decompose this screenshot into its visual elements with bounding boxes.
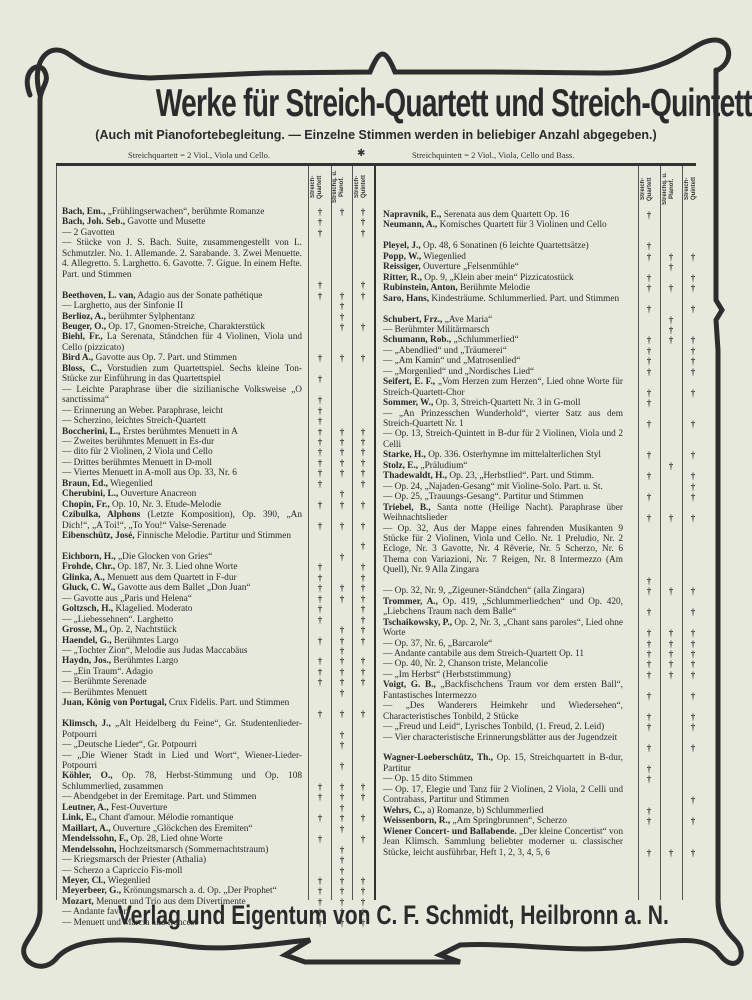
column-divider — [660, 166, 661, 900]
availability-mark-icon: † — [338, 866, 346, 876]
availability-mark-icon: † — [316, 280, 324, 290]
availability-mark-icon: † — [316, 615, 324, 625]
catalog-entry: — „Des Wanderers Heimkehr und Wiedersehe… — [383, 701, 623, 722]
catalog-list-left: Bach, Em., „Frühlingserwachen“, berühmte… — [62, 207, 302, 928]
availability-mark-icon: † — [645, 586, 653, 596]
catalog-entry: Bird A., Gavotte aus Op. 7. Part. und St… — [62, 353, 302, 363]
availability-mark-icon: † — [359, 583, 367, 593]
composer-name: Beuger, O., — [62, 322, 106, 332]
work-title: — Op. 40, Nr. 2, Chanson triste, Melanco… — [383, 659, 548, 669]
composer-name: Glinka, A., — [62, 573, 105, 583]
catalog-entry: Glinka, A., Menuett aus dem Quartett in … — [62, 573, 302, 583]
column-divider — [352, 166, 353, 900]
availability-mark-icon: † — [689, 304, 697, 314]
availability-mark-icon: † — [645, 628, 653, 638]
catalog-entry: Köhler, O., Op. 78, Herbst-Stimmung und … — [62, 771, 302, 792]
availability-mark-icon: † — [645, 335, 653, 345]
availability-mark-icon: † — [338, 656, 346, 666]
availability-mark-icon: † — [645, 356, 653, 366]
availability-mark-icon: † — [316, 217, 324, 227]
composer-name: Saro, Hans, — [383, 294, 429, 304]
work-title: a) Romanze, b) Schlummerlied — [425, 806, 544, 816]
catalog-entry: Frohde, Chr., Op. 187, Nr. 3. Lied ohne … — [62, 562, 302, 572]
composer-name: Frohde, Chr., — [62, 562, 115, 572]
composer-name: Bloss, C., — [62, 364, 102, 374]
work-title: Wiegenlied — [108, 479, 153, 489]
work-title: Berühmtes Largo — [112, 636, 179, 646]
availability-mark-icon: † — [316, 416, 324, 426]
availability-mark-icon: † — [316, 458, 324, 468]
work-title: — Andante cantabile aus dem Streich-Quar… — [383, 649, 584, 659]
catalog-entry: Berlioz, A., berühmter Sylphentanz† — [62, 312, 302, 322]
catalog-entry: Schumann, Rob., „Schlummerlied“††† — [383, 335, 623, 345]
availability-mark-icon: † — [316, 813, 324, 823]
availability-mark-icon: † — [359, 636, 367, 646]
availability-mark-icon: † — [338, 803, 346, 813]
availability-mark-icon: † — [689, 335, 697, 345]
composer-name: Rubinstein, Anton, — [383, 283, 458, 293]
catalog-entry: — Op. 32, Nr. 9, „Zigeuner-Ständchen“ (a… — [383, 586, 623, 596]
availability-mark-icon: † — [359, 886, 367, 896]
availability-mark-icon: † — [645, 367, 653, 377]
catalog-entry: — Scherzino, leichtes Streich-Quartett† — [62, 416, 302, 426]
availability-mark-icon: † — [316, 291, 324, 301]
catalog-entry: — Leichte Paraphrase über die sizilianis… — [62, 385, 302, 406]
availability-mark-icon: † — [338, 500, 346, 510]
availability-mark-icon: † — [316, 594, 324, 604]
availability-mark-icon: † — [359, 709, 367, 719]
work-title: — Berühmtes Menuett — [62, 688, 147, 698]
column-header-quartet-piano: Streichq. u. Pianof. — [332, 170, 352, 204]
availability-mark-icon: † — [359, 207, 367, 217]
catalog-entry: Biehl, Fr., La Serenata, Ständchen für 4… — [62, 332, 302, 353]
work-title: Gavotte aus Op. 7. Part. und Stimmen — [93, 353, 237, 363]
catalog-entry: — Zweites berühmtes Menuett in Es-dur††† — [62, 437, 302, 447]
availability-mark-icon: † — [359, 656, 367, 666]
availability-mark-icon: † — [338, 876, 346, 886]
catalog-entry: Haendel, G., Berühmtes Largo††† — [62, 636, 302, 646]
availability-mark-icon: † — [667, 659, 675, 669]
availability-mark-icon: † — [689, 659, 697, 669]
composer-name: Braun, Ed., — [62, 479, 108, 489]
catalog-entry: Link, E., Chant d'amour. Mélodie romanti… — [62, 813, 302, 823]
availability-mark-icon: † — [338, 855, 346, 865]
composer-name: Goltzsch, H., — [62, 604, 113, 614]
catalog-entry: Seifert, E. F., „Vom Herzen zum Herzen“,… — [383, 377, 623, 398]
availability-mark-icon: † — [689, 848, 697, 858]
availability-mark-icon: † — [689, 283, 697, 293]
composer-name: Meyer, Cl., — [62, 876, 106, 886]
header-rule — [56, 163, 696, 166]
catalog-entry: Bach, Em., „Frühlingserwachen“, berühmte… — [62, 207, 302, 217]
composer-name: Köhler, O., — [62, 771, 113, 781]
composer-name: Neumann, A., — [383, 220, 437, 230]
availability-mark-icon: † — [359, 677, 367, 687]
work-title: — Op. 25, „Trauungs-Gesang“. Partitur un… — [383, 492, 583, 502]
catalog-entry: — „Morgenlied“ und „Nordisches Lied“†† — [383, 367, 623, 377]
availability-mark-icon: † — [689, 722, 697, 732]
work-title: Krönungsmarsch a. d. Op. „Der Prophet“ — [121, 886, 277, 896]
availability-mark-icon: † — [645, 304, 653, 314]
availability-mark-icon: † — [359, 447, 367, 457]
catalog-entry: — Erinnerung an Weber. Paraphrase, leich… — [62, 406, 302, 416]
availability-mark-icon: † — [316, 479, 324, 489]
catalog-entry: Sommer, W., Op. 3, Streich-Quartett Nr. … — [383, 398, 623, 408]
work-title: — Op. 13, Streich-Quintett in B-dur für … — [383, 429, 623, 449]
availability-mark-icon: † — [667, 649, 675, 659]
publisher-footer: Verlag und Eigentum von C. F. Schmidt, H… — [40, 900, 712, 931]
catalog-entry: Neumann, A., Komisches Quartett für 3 Vi… — [383, 220, 623, 241]
composer-name: Bird A., — [62, 353, 93, 363]
availability-mark-icon: † — [359, 625, 367, 635]
availability-mark-icon: † — [689, 450, 697, 460]
composer-name: Boccherini, L., — [62, 427, 120, 437]
composer-name: Reissiger, — [383, 262, 421, 272]
work-title: Erstes berühmtes Menuett in A — [120, 427, 237, 437]
work-title: Op. 10, Nr. 3. Etude-Melodie — [110, 500, 221, 510]
availability-mark-icon: † — [316, 406, 324, 416]
availability-mark-icon: † — [338, 813, 346, 823]
catalog-entry: Napravnik, E., Serenata aus dem Quartett… — [383, 210, 623, 220]
catalog-entry: Bach, Joh. Seb., Gavotte und Musette†† — [62, 217, 302, 227]
availability-mark-icon: † — [359, 228, 367, 238]
availability-mark-icon: † — [645, 806, 653, 816]
availability-mark-icon: † — [689, 586, 697, 596]
work-title: Ouverture Anacreon — [118, 489, 196, 499]
availability-mark-icon: † — [338, 583, 346, 593]
availability-mark-icon: † — [359, 834, 367, 844]
quintet-definition: Streichquintett = 2 Viol., Viola, Cello … — [412, 150, 574, 160]
availability-mark-icon: † — [689, 670, 697, 680]
catalog-entry: — Gavotte aus „Paris und Helena“††† — [62, 594, 302, 604]
catalog-entry: Triebel, B., Santa notte (Heilige Nacht)… — [383, 503, 623, 524]
availability-mark-icon: † — [338, 761, 346, 771]
composer-name: Starke, H., — [383, 450, 426, 460]
work-title: — Drittes berühmtes Menuett in D-moll — [62, 458, 212, 468]
catalog-entry: — Vier characteristische Erinnerungsblät… — [383, 733, 623, 754]
work-title: — dito für 2 Violinen, 2 Viola und Cello — [62, 447, 213, 457]
availability-mark-icon: † — [667, 461, 675, 471]
availability-mark-icon: † — [338, 886, 346, 896]
work-title: — „Deutsche Lieder“, Gr. Potpourri — [62, 740, 197, 750]
work-title: — Berühmte Serenade — [62, 677, 147, 687]
availability-mark-icon: † — [667, 586, 675, 596]
availability-mark-icon: † — [359, 353, 367, 363]
work-title: — Berühmter Militärmarsch — [383, 325, 489, 335]
availability-mark-icon: † — [667, 315, 675, 325]
page-title: Werke für Streich-Quartett und Streich-Q… — [40, 82, 712, 126]
composer-name: Triebel, B., — [383, 503, 431, 513]
work-title: — Abendgebet in der Eremitage. Part. und… — [62, 792, 256, 802]
composer-name: Wagner-Loeberschütz, Th., — [383, 753, 493, 763]
availability-mark-icon: † — [316, 500, 324, 510]
column-header-quintet: Streich-Quintett — [684, 172, 704, 206]
catalog-entry: — „An Prinzesschen Wunderhold“, vierter … — [383, 409, 623, 430]
availability-mark-icon: † — [359, 615, 367, 625]
catalog-entry: Starke, H., Op. 336. Osterhymne im mitte… — [383, 450, 623, 460]
availability-mark-icon: † — [667, 283, 675, 293]
availability-mark-icon: † — [689, 273, 697, 283]
availability-mark-icon: † — [359, 500, 367, 510]
catalog-entry: — 2 Gavotten†† — [62, 228, 302, 238]
catalog-entry: — Viertes Menuett in A-moll aus Op. 33, … — [62, 468, 302, 478]
work-title: — „Liebessehnen“. Larghetto — [62, 615, 173, 625]
availability-mark-icon: † — [316, 437, 324, 447]
work-title: — Viertes Menuett in A-moll aus Op. 33, … — [62, 468, 237, 478]
availability-mark-icon: † — [359, 573, 367, 583]
composer-name: Weissenborn, R., — [383, 816, 450, 826]
catalog-entry: Czibulka, Alphons (Letzte Komposition), … — [62, 510, 302, 531]
availability-mark-icon: † — [316, 604, 324, 614]
availability-mark-icon: † — [689, 712, 697, 722]
availability-mark-icon: † — [316, 886, 324, 896]
column-divider — [638, 166, 639, 900]
availability-mark-icon: † — [316, 792, 324, 802]
work-title: — „Am Kamin“ und „Matrosenlied“ — [383, 356, 520, 366]
availability-mark-icon: † — [316, 656, 324, 666]
availability-mark-icon: † — [689, 513, 697, 523]
composer-name: Bach, Joh. Seb., — [62, 217, 125, 227]
work-title: Hochzeitsmarsch (Sommernachtstraum) — [117, 845, 269, 855]
catalog-entry: Voigt, G. B., „Backfischchens Traum vor … — [383, 680, 623, 701]
catalog-entry: Eichborn, H., „Die Glocken von Gries“† — [62, 552, 302, 562]
composer-name: Mendelssohn, F., — [62, 834, 128, 844]
availability-mark-icon: † — [645, 649, 653, 659]
work-title: — Op. 15 dito Stimmen — [383, 774, 473, 784]
availability-mark-icon: † — [338, 782, 346, 792]
availability-mark-icon: † — [316, 468, 324, 478]
work-title: Op. 28, Lied ohne Worte — [128, 834, 222, 844]
availability-mark-icon: † — [338, 207, 346, 217]
availability-mark-icon: † — [667, 628, 675, 638]
work-title: Fest-Ouverture — [109, 803, 168, 813]
catalog-entry: Gluck, C. W., Gavotte aus dem Ballet „Do… — [62, 583, 302, 593]
catalog-entry: — Andante cantabile aus dem Streich-Quar… — [383, 649, 623, 659]
catalog-entry: — Berühmtes Menuett† — [62, 688, 302, 698]
composer-name: Stolz, E., — [383, 461, 418, 471]
availability-mark-icon: † — [338, 552, 346, 562]
work-title: — Op. 32, Aus der Mappe eines fahrenden … — [383, 524, 623, 576]
composer-name: Tschaikowsky, P., — [383, 618, 452, 628]
catalog-entry: Juan, König von Portugal, Crux Fidelis. … — [62, 698, 302, 719]
availability-mark-icon: † — [689, 691, 697, 701]
composer-name: Seifert, E. F., — [383, 377, 435, 387]
work-title: — „Morgenlied“ und „Nordisches Lied“ — [383, 367, 534, 377]
work-title: — Op. 17, Elegie und Tanz für 2 Violinen… — [383, 785, 623, 805]
catalog-entry: — Kriegsmarsch der Priester (Athalia)† — [62, 855, 302, 865]
availability-mark-icon: † — [689, 492, 697, 502]
availability-mark-icon: † — [338, 792, 346, 802]
availability-mark-icon: † — [689, 482, 697, 492]
composer-name: Czibulka, Alphons — [62, 510, 140, 520]
availability-mark-icon: † — [316, 447, 324, 457]
column-divider — [56, 166, 57, 900]
work-title: — Op. 37, Nr. 6, „Barcarole“ — [383, 639, 492, 649]
composer-name: Grosse, M., — [62, 625, 107, 635]
work-title: Op. 336. Osterhymne im mittelalterlichen… — [426, 450, 601, 460]
availability-mark-icon: † — [359, 782, 367, 792]
composer-name: Juan, König von Portugal, — [62, 698, 167, 708]
catalog-entry: Chopin, Fr., Op. 10, Nr. 3. Etude-Melodi… — [62, 500, 302, 510]
catalog-entry: — Scherzo a Capriccio Fis-moll† — [62, 866, 302, 876]
availability-mark-icon: † — [338, 437, 346, 447]
catalog-entry: — „Freud und Leid“, Lyrisches Tonbild, (… — [383, 722, 623, 732]
availability-mark-icon: † — [338, 667, 346, 677]
work-title: — Stücke von J. S. Bach. Suite, zusammen… — [62, 238, 302, 279]
catalog-entry: Maillart, A., Ouverture „Glöckchen des E… — [62, 824, 302, 834]
availability-mark-icon: † — [338, 468, 346, 478]
availability-mark-icon: † — [338, 688, 346, 698]
availability-mark-icon: † — [689, 816, 697, 826]
availability-mark-icon: † — [316, 677, 324, 687]
availability-mark-icon: † — [316, 876, 324, 886]
availability-mark-icon: † — [667, 335, 675, 345]
work-title: Berühmtes Largo — [111, 656, 178, 666]
availability-mark-icon: † — [689, 419, 697, 429]
catalog-entry: Braun, Ed., Wiegenlied†† — [62, 479, 302, 489]
availability-mark-icon: † — [667, 325, 675, 335]
catalog-entry: Meyer, Cl., Wiegenlied††† — [62, 876, 302, 886]
column-header-quintet: Streich-Quintett — [354, 170, 374, 204]
catalog-entry: — dito für 2 Violinen, 2 Viola und Cello… — [62, 447, 302, 457]
work-title: — Scherzino, leichtes Streich-Quartett — [62, 416, 206, 426]
catalog-entry: — Op. 40, Nr. 2, Chanson triste, Melanco… — [383, 659, 623, 669]
catalog-entry: Wagner-Loeberschütz, Th., Op. 15, Streic… — [383, 753, 623, 774]
availability-mark-icon: † — [316, 374, 324, 384]
catalog-entry: Haydn, Jos., Berühmtes Largo††† — [62, 656, 302, 666]
availability-mark-icon: † — [667, 848, 675, 858]
availability-mark-icon: † — [645, 252, 653, 262]
composer-name: Popp, W., — [383, 252, 421, 262]
composer-name: Haendel, G., — [62, 636, 112, 646]
availability-mark-icon: † — [667, 513, 675, 523]
catalog-entry: Schubert, Frz., „Ave Maria“† — [383, 315, 623, 325]
availability-mark-icon: † — [359, 217, 367, 227]
availability-mark-icon: † — [338, 291, 346, 301]
availability-mark-icon: † — [338, 301, 346, 311]
availability-mark-icon: † — [359, 521, 367, 531]
catalog-entry: Pleyel, J., Op. 48, 6 Sonatinen (6 leich… — [383, 241, 623, 251]
quartet-definition: Streichquartett = 2 Viol., Viola und Cel… — [128, 150, 270, 160]
work-title: Adagio aus der Sonate pathétique — [136, 291, 263, 301]
work-title: „Am Springbrunnen“, Scherzo — [450, 816, 567, 826]
availability-mark-icon: † — [316, 667, 324, 677]
work-title: Op. 187, Nr. 3. Lied ohne Worte — [115, 562, 237, 572]
composer-name: Leutner, A., — [62, 803, 109, 813]
availability-mark-icon: † — [359, 792, 367, 802]
catalog-entry: Reissiger, Ouverture „Felsenmühle“† — [383, 262, 623, 272]
availability-mark-icon: † — [689, 388, 697, 398]
availability-mark-icon: † — [645, 712, 653, 722]
availability-mark-icon: † — [316, 636, 324, 646]
catalog-entry: — Berühmte Serenade††† — [62, 677, 302, 687]
catalog-entry: — „Die Wiener Stadt in Lied und Wort“, W… — [62, 751, 302, 772]
work-title: Op. 9, „Klein aber mein“ Pizzicatostück — [422, 273, 574, 283]
work-title: Chant d'amour. Mélodie romantique — [97, 813, 234, 823]
availability-mark-icon: † — [338, 594, 346, 604]
work-title: Op. 17, Gnomen-Streiche, Charakterstück — [106, 322, 265, 332]
availability-mark-icon: † — [316, 709, 324, 719]
work-title: Ouverture „Glöckchen des Eremiten“ — [111, 824, 253, 834]
availability-mark-icon: † — [316, 573, 324, 583]
work-title: berühmter Sylphentanz — [106, 312, 195, 322]
composer-name: Schumann, Rob., — [383, 335, 451, 345]
work-title: — Op. 32, Nr. 9, „Zigeuner-Ständchen“ (a… — [383, 586, 584, 596]
availability-mark-icon: † — [645, 722, 653, 732]
availability-mark-icon: † — [338, 677, 346, 687]
availability-mark-icon: † — [316, 395, 324, 405]
availability-mark-icon: † — [316, 228, 324, 238]
availability-mark-icon: † — [645, 659, 653, 669]
catalog-entry: Goltzsch, H., Klagelied. Moderato†† — [62, 604, 302, 614]
availability-mark-icon: † — [645, 848, 653, 858]
composer-name: Berlioz, A., — [62, 312, 106, 322]
catalog-entry: Eibenschütz, José, Finnische Melodie. Pa… — [62, 531, 302, 552]
work-title: Crux Fidelis. Part. und Stimmen — [167, 698, 290, 708]
catalog-entry: — Stücke von J. S. Bach. Suite, zusammen… — [62, 238, 302, 290]
composer-name: Gluck, C. W., — [62, 583, 115, 593]
availability-mark-icon: † — [316, 521, 324, 531]
availability-mark-icon: † — [338, 521, 346, 531]
composer-name: Biehl, Fr., — [62, 332, 103, 342]
availability-mark-icon: † — [689, 356, 697, 366]
availability-mark-icon: † — [645, 210, 653, 220]
availability-mark-icon: † — [338, 322, 346, 332]
availability-mark-icon: † — [645, 764, 653, 774]
work-title: Wiegenlied — [421, 252, 466, 262]
availability-mark-icon: † — [338, 447, 346, 457]
catalog-entry: — „Am Kamin“ und „Matrosenlied“†† — [383, 356, 623, 366]
availability-mark-icon: † — [645, 513, 653, 523]
availability-mark-icon: † — [359, 458, 367, 468]
composer-name: Eibenschütz, José, — [62, 531, 135, 541]
column-divider — [308, 166, 309, 900]
work-title: — „Des Wanderers Heimkehr und Wiedersehe… — [383, 701, 623, 721]
availability-mark-icon: † — [338, 353, 346, 363]
availability-mark-icon: † — [689, 628, 697, 638]
availability-mark-icon: † — [645, 774, 653, 784]
catalog-list-right: Napravnik, E., Serenata aus dem Quartett… — [383, 210, 623, 858]
composer-name: Eichborn, H., — [62, 552, 116, 562]
work-title: Ouverture „Felsenmühle“ — [421, 262, 519, 272]
availability-mark-icon: † — [689, 367, 697, 377]
work-title: — 2 Gavotten — [62, 228, 115, 238]
catalog-entry: Ritter, R., Op. 9, „Klein aber mein“ Piz… — [383, 273, 623, 283]
work-title: — „An Prinzesschen Wunderhold“, vierter … — [383, 409, 623, 429]
catalog-entry: — „Im Herbst“ (Herbststimmung)††† — [383, 670, 623, 680]
work-title: Kindesträume. Schlummerlied. Part. und S… — [429, 294, 619, 304]
availability-mark-icon: † — [359, 667, 367, 677]
work-title: Komisches Quartett für 3 Violinen und Ce… — [437, 220, 606, 230]
work-title: „Frühlingserwachen“, berühmte Romanze — [105, 207, 264, 217]
catalog-entry: Cherubini, L., Ouverture Anacreon† — [62, 489, 302, 499]
catalog-entry: — „Deutsche Lieder“, Gr. Potpourri† — [62, 740, 302, 750]
composer-name: Thadewaldt, H., — [383, 471, 447, 481]
work-title: — „Freud und Leid“, Lyrisches Tonbild, (… — [383, 722, 604, 732]
availability-mark-icon: † — [689, 252, 697, 262]
composer-name: Meyerbeer, G., — [62, 886, 121, 896]
availability-mark-icon: † — [338, 489, 346, 499]
composer-name: Chopin, Fr., — [62, 500, 110, 510]
composer-name: Maillart, A., — [62, 824, 111, 834]
catalog-entry: — „Tochter Zion“, Melodie aus Judas Macc… — [62, 646, 302, 656]
work-title: Menuett aus dem Quartett in F-dur — [105, 573, 237, 583]
availability-mark-icon: † — [338, 845, 346, 855]
column-header-quartet-piano: Streichq. u. Pianof. — [662, 172, 682, 206]
availability-mark-icon: † — [316, 207, 324, 217]
availability-mark-icon: † — [338, 636, 346, 646]
composer-name: Cherubini, L., — [62, 489, 118, 499]
